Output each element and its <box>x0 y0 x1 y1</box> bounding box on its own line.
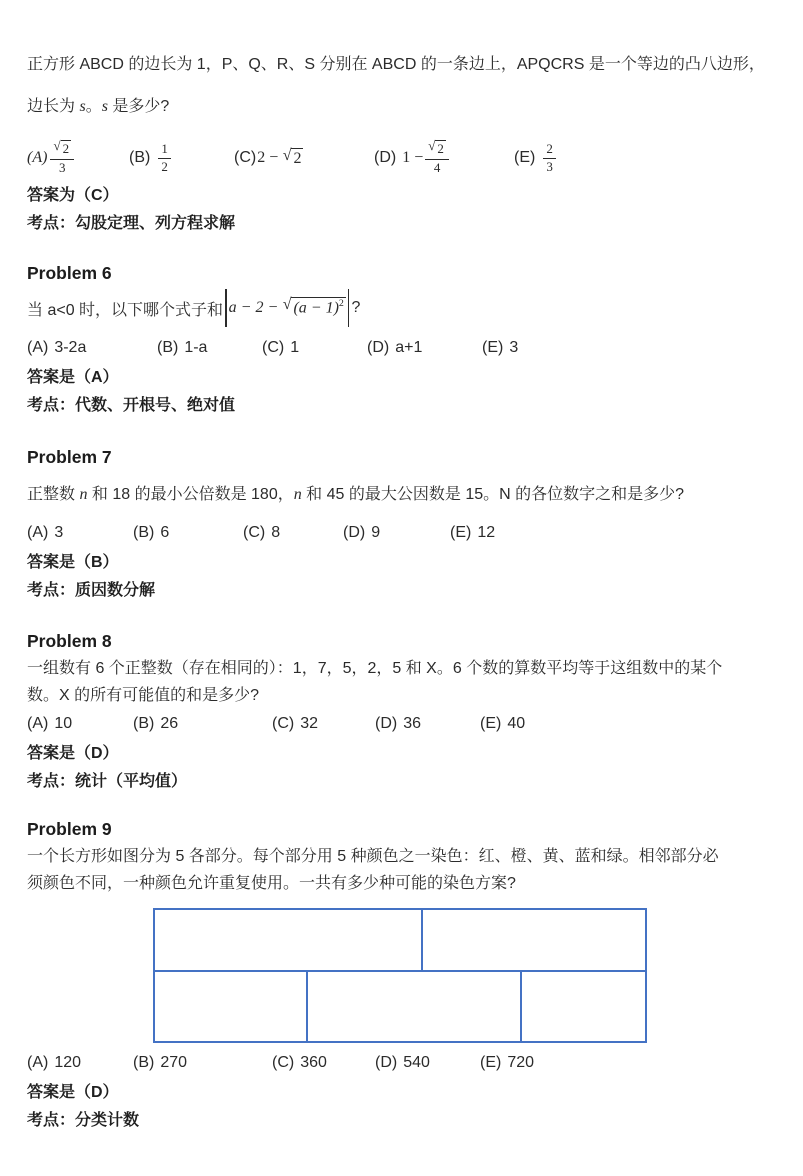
fraction: 1 2 <box>158 142 171 175</box>
option-label: (E) <box>450 521 471 545</box>
option-label: (E) <box>514 149 535 167</box>
fraction: √2 3 <box>50 140 74 175</box>
problem-8: Problem 8 一组数有 6 个正整数（存在相同的）：1，7，5，2，5 和… <box>27 630 793 795</box>
option-value: 10 <box>54 712 72 736</box>
option-e: (E)720 <box>480 1051 534 1075</box>
statement-line: 一个长方形如图分为 5 各部分。每个部分用 5 种颜色之一染色：红、橙、黄、蓝和… <box>27 843 793 870</box>
option-e: (E)12 <box>450 521 495 545</box>
statement-line: 须颜色不同，一种颜色允许重复使用。一共有多少种可能的染色方案? <box>27 870 793 897</box>
problem-9: Problem 9 一个长方形如图分为 5 各部分。每个部分用 5 种颜色之一染… <box>27 818 793 1134</box>
option-value: 540 <box>403 1051 430 1075</box>
option-value: 720 <box>507 1051 534 1075</box>
option-value: 9 <box>371 521 380 545</box>
option-value: 32 <box>300 712 318 736</box>
problem-7: Problem 7 正整数 n 和 18 的最小公倍数是 180，n 和 45 … <box>27 446 793 604</box>
radical: √2 <box>428 140 446 157</box>
topic-line: 考点：勾股定理、列方程求解 <box>27 211 793 237</box>
option-c: (C)1 <box>262 336 367 360</box>
option-d: (D)a+1 <box>367 336 482 360</box>
options-row: (A)3 (B)6 (C)8 (D)9 (E)12 <box>27 521 793 545</box>
option-a: (A)3-2a <box>27 336 157 360</box>
option-value: 3-2a <box>54 336 86 360</box>
option-b: (B)1-a <box>157 336 262 360</box>
option-label: (A) <box>27 712 48 736</box>
topic-line: 考点：代数、开根号、绝对值 <box>27 393 793 419</box>
option-value: 360 <box>300 1051 327 1075</box>
exponent: 2 <box>339 298 344 309</box>
absolute-value-bar <box>348 289 350 327</box>
region-bottom-left <box>155 972 308 1041</box>
option-c: (C)8 <box>243 521 343 545</box>
option-d: (D)36 <box>375 712 480 736</box>
answer-line: 答案为（C） <box>27 183 793 209</box>
option-label: (C) <box>243 521 265 545</box>
option-c: (C)360 <box>272 1051 375 1075</box>
region-bottom-right <box>522 972 645 1041</box>
option-value: 1-a <box>184 336 207 360</box>
option-d: (D)9 <box>343 521 450 545</box>
region-top-left <box>155 910 423 970</box>
option-label: (D) <box>374 149 396 167</box>
option-label: (C) <box>234 149 256 167</box>
option-label: (C) <box>272 712 294 736</box>
option-label: (B) <box>133 1051 154 1075</box>
options-row: (A)120 (B)270 (C)360 (D)540 (E)720 <box>27 1051 793 1075</box>
figure-bottom-row <box>155 972 645 1041</box>
option-value: a+1 <box>395 336 422 360</box>
problem-9-statement: 一个长方形如图分为 5 各部分。每个部分用 5 种颜色之一染色：红、橙、黄、蓝和… <box>27 843 793 897</box>
answer-line: 答案是（A） <box>27 365 793 391</box>
option-value: 6 <box>160 521 169 545</box>
option-label: (E) <box>480 1051 501 1075</box>
option-label: (D) <box>375 712 397 736</box>
topic-line: 考点：质因数分解 <box>27 578 793 604</box>
option-label: (E) <box>480 712 501 736</box>
options-row: (A)3-2a (B)1-a (C)1 (D)a+1 (E)3 <box>27 336 793 360</box>
option-b: (B) 1 2 <box>129 142 234 175</box>
option-a: (A)3 <box>27 521 133 545</box>
math-expression: a − 2 − <box>229 299 279 317</box>
option-b: (B)270 <box>133 1051 272 1075</box>
region-bottom-middle <box>308 972 522 1041</box>
option-label: (A) <box>27 1051 48 1075</box>
option-label: (B) <box>129 149 150 167</box>
problem-heading: Problem 6 <box>27 262 793 284</box>
option-label: (B) <box>157 336 178 360</box>
options-row: (A)10 (B)26 (C)32 (D)36 (E)40 <box>27 712 793 736</box>
radical-sign: √ <box>53 139 60 153</box>
option-a: (A) √2 3 <box>27 140 129 175</box>
option-d: (D)540 <box>375 1051 480 1075</box>
option-label: (A) <box>27 336 48 360</box>
rectangle-figure <box>153 908 647 1043</box>
option-e: (E)40 <box>480 712 525 736</box>
option-value: 26 <box>160 712 178 736</box>
problem-5: 正方形 ABCD 的边长为 1，P、Q、R、S 分别在 ABCD 的一条边上，A… <box>27 44 793 237</box>
option-label: (D) <box>375 1051 397 1075</box>
option-d: (D) 1 − √2 4 <box>374 140 514 175</box>
option-c: (C)32 <box>272 712 375 736</box>
topic-line: 考点：分类计数 <box>27 1108 793 1134</box>
option-label: (A) <box>27 149 47 167</box>
option-value: 1 <box>290 336 299 360</box>
figure-top-row <box>155 910 645 972</box>
option-value: 36 <box>403 712 421 736</box>
statement-line: 当 a<0 时，以下哪个式子和 a − 2 − √(a − 1)2 ? <box>27 289 360 327</box>
absolute-value-bar <box>225 289 227 327</box>
option-a: (A)120 <box>27 1051 133 1075</box>
radical: √2 <box>53 140 71 157</box>
fraction: √2 4 <box>425 140 449 175</box>
radical: √(a − 1)2 <box>283 297 346 318</box>
option-label: (E) <box>482 336 503 360</box>
problem-heading: Problem 9 <box>27 818 793 840</box>
region-top-right <box>423 910 645 970</box>
answer-line: 答案是（D） <box>27 1080 793 1106</box>
option-b: (B)6 <box>133 521 243 545</box>
option-value: 3 <box>509 336 518 360</box>
option-e: (E)3 <box>482 336 518 360</box>
option-label: (C) <box>272 1051 294 1075</box>
document-page: 正方形 ABCD 的边长为 1，P、Q、R、S 分别在 ABCD 的一条边上，A… <box>0 0 803 1176</box>
option-b: (B)26 <box>133 712 272 736</box>
problem-heading: Problem 8 <box>27 630 793 652</box>
math-expression: 1 − <box>402 149 423 167</box>
option-a: (A)10 <box>27 712 133 736</box>
option-label: (D) <box>343 521 365 545</box>
statement-line: 边长为 s。s 是多少? <box>27 86 793 128</box>
option-value: 270 <box>160 1051 187 1075</box>
problem-5-statement: 正方形 ABCD 的边长为 1，P、Q、R、S 分别在 ABCD 的一条边上，A… <box>27 44 793 128</box>
answer-line: 答案是（B） <box>27 550 793 576</box>
option-value: 12 <box>477 521 495 545</box>
option-c: (C) 2 − √2 <box>234 148 374 169</box>
statement-line: 数。X 的所有可能值的和是多少? <box>27 682 793 709</box>
option-value: 40 <box>507 712 525 736</box>
radical: √2 <box>283 148 304 169</box>
radical-sign: √ <box>283 147 292 165</box>
math-expression: 2 − <box>257 149 278 167</box>
statement-line: 正方形 ABCD 的边长为 1，P、Q、R、S 分别在 ABCD 的一条边上，A… <box>27 44 793 86</box>
problem-7-statement: 正整数 n 和 18 的最小公倍数是 180，n 和 45 的最大公因数是 15… <box>27 481 793 508</box>
option-label: (D) <box>367 336 389 360</box>
answer-line: 答案是（D） <box>27 741 793 767</box>
option-label: (B) <box>133 712 154 736</box>
math-variable: n <box>294 486 302 503</box>
option-value: 120 <box>54 1051 81 1075</box>
problem-6-statement: 当 a<0 时，以下哪个式子和 a − 2 − √(a − 1)2 ? <box>27 289 793 327</box>
problem-6: Problem 6 当 a<0 时，以下哪个式子和 a − 2 − √(a − … <box>27 262 793 419</box>
option-label: (B) <box>133 521 154 545</box>
problem-8-statement: 一组数有 6 个正整数（存在相同的）：1，7，5，2，5 和 X。6 个数的算数… <box>27 655 793 709</box>
option-value: 8 <box>271 521 280 545</box>
option-value: 3 <box>54 521 63 545</box>
options-row: (A) √2 3 (B) 1 2 (C) 2 − √2 (D) 1 − <box>27 138 793 178</box>
fraction: 2 3 <box>543 142 556 175</box>
option-label: (A) <box>27 521 48 545</box>
topic-line: 考点：统计（平均值） <box>27 769 793 795</box>
option-label: (C) <box>262 336 284 360</box>
radical-sign: √ <box>428 139 435 153</box>
statement-line: 一组数有 6 个正整数（存在相同的）：1，7，5，2，5 和 X。6 个数的算数… <box>27 655 793 682</box>
radical-sign: √ <box>283 296 292 314</box>
problem-heading: Problem 7 <box>27 446 793 468</box>
option-e: (E) 2 3 <box>514 142 558 175</box>
